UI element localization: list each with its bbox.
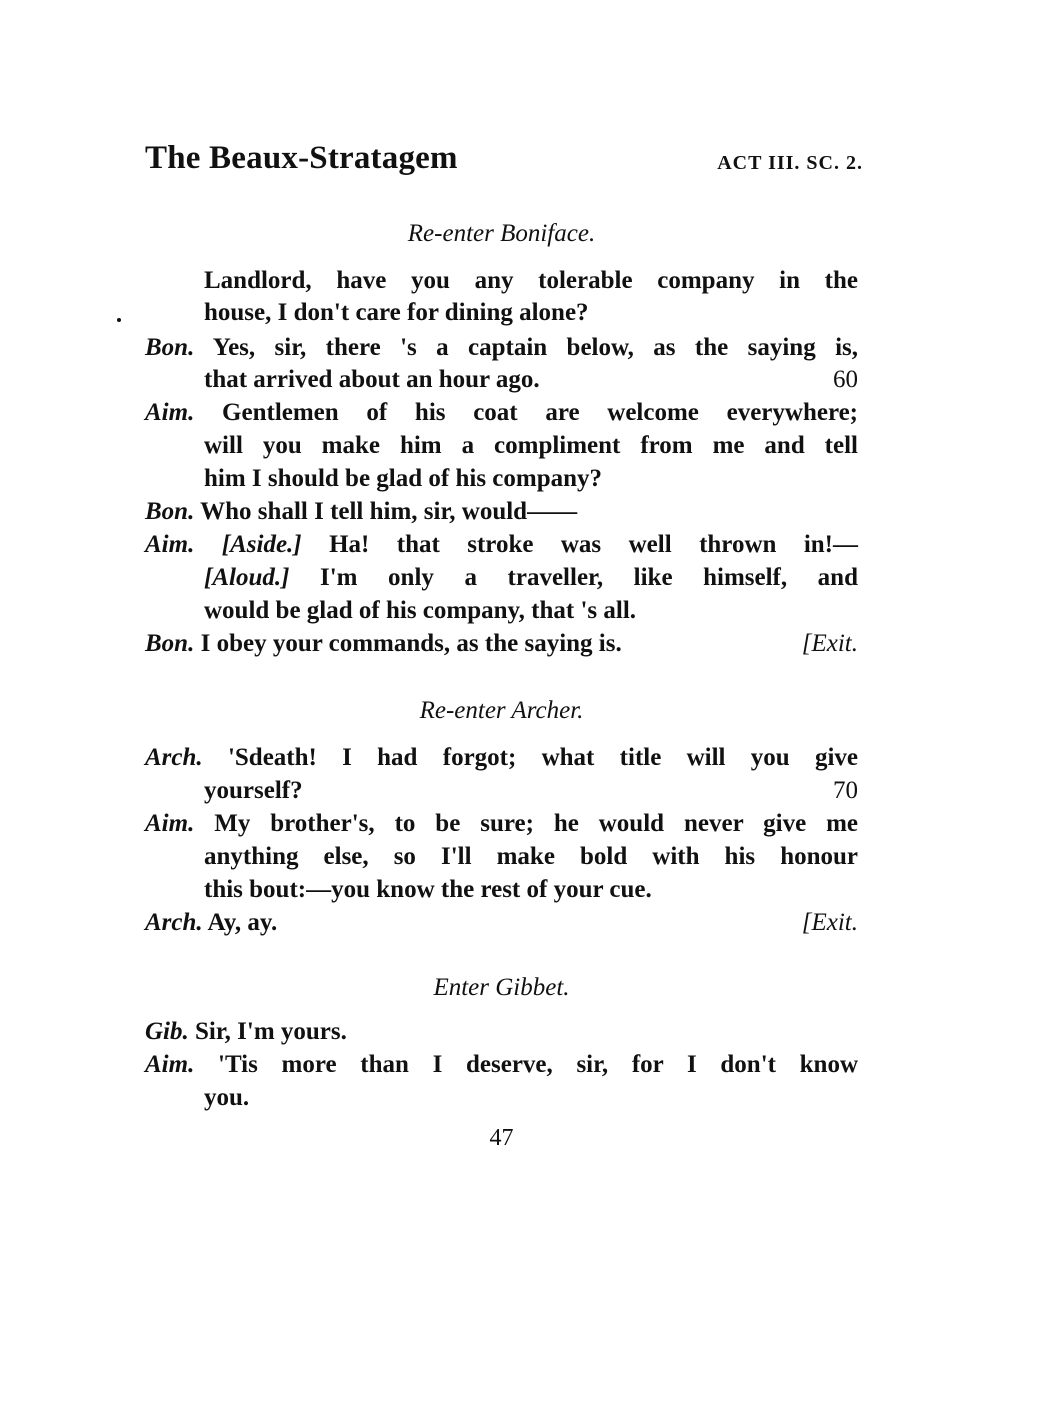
stage-direction-enter-gibbet: Enter Gibbet. (145, 974, 858, 1002)
speech-text: I obey your commands, as the saying is. (201, 630, 622, 657)
line-number: 70 (833, 776, 858, 806)
speech-line: this bout:—you know the rest of your cue… (204, 875, 652, 905)
speaker-label: Aim. (145, 810, 194, 837)
stage-direction-reenter-archer: Re-enter Archer. (145, 697, 858, 725)
speech-text: Gentlemen of his coat are welcome everyw… (222, 399, 858, 426)
speech-text: Who shall I tell him, sir, would—— (200, 498, 577, 525)
speaker-label: Gib. (145, 1018, 189, 1045)
speech-text: My brother's, to be sure; he would never… (214, 810, 858, 837)
speech-line: Gib. Sir, I'm yours. (145, 1017, 347, 1047)
speech-text: 'Sdeath! I had forgot; what title will y… (228, 744, 858, 771)
page-number: 47 (145, 1125, 858, 1152)
speech-line: [Aloud.] I'm only a traveller, like hims… (204, 563, 858, 593)
speech-line: Landlord, have you any tolerable company… (204, 266, 858, 296)
speaker-label: Arch. (145, 909, 203, 936)
speaker-label: Aim. (145, 1051, 194, 1078)
speech-line: him I should be glad of his company? (204, 464, 602, 494)
speech-line: yourself? (204, 776, 303, 806)
speech-line: that arrived about an hour ago. (204, 365, 540, 395)
act-scene-label: ACT III. SC. 2. (717, 152, 863, 175)
speech-text: Ay, ay. (208, 909, 278, 936)
stage-direction-exit: [Exit. (802, 908, 858, 938)
speech-text: I'm only a traveller, like himself, and (320, 564, 858, 591)
speech-line: would be glad of his company, that 's al… (204, 596, 636, 626)
speech-line: will you make him a compliment from me a… (204, 431, 858, 461)
speech-line: house, I don't care for dining alone? (204, 298, 589, 328)
speech-line: Aim. [Aside.] Ha! that stroke was well t… (145, 530, 858, 560)
stage-direction-exit: [Exit. (802, 629, 858, 659)
speech-line: Arch. 'Sdeath! I had forgot; what title … (145, 743, 858, 773)
speech-line: you. (204, 1083, 249, 1113)
running-title: The Beaux-Stratagem (145, 140, 458, 177)
speech-line: Bon. Who shall I tell him, sir, would—— (145, 497, 577, 527)
speech-text: Yes, sir, there 's a captain below, as t… (213, 334, 858, 361)
speaker-label: Aim. (145, 399, 194, 426)
speaker-label: Arch. (145, 744, 203, 771)
speaker-label: Bon. (145, 630, 194, 657)
speaker-label: Aim. (145, 531, 194, 558)
speech-line: Aim. Gentlemen of his coat are welcome e… (145, 398, 858, 428)
speech-line: Aim. 'Tis more than I deserve, sir, for … (145, 1050, 858, 1080)
speech-line: Arch. Ay, ay. (145, 908, 277, 938)
speech-text: 'Tis more than I deserve, sir, for I don… (218, 1051, 858, 1078)
speaker-label: Bon. (145, 334, 194, 361)
speech-line: Bon. Yes, sir, there 's a captain below,… (145, 333, 858, 363)
stage-direction-aloud: [Aloud.] (204, 564, 289, 591)
speech-text: Ha! that stroke was well thrown in!— (329, 531, 858, 558)
book-page: The Beaux-Stratagem ACT III. SC. 2. Re-e… (0, 0, 1055, 1408)
stage-direction-reenter-boniface: Re-enter Boniface. (145, 220, 858, 248)
line-number: 60 (833, 365, 858, 395)
speaker-label: Bon. (145, 498, 194, 525)
speech-line: Bon. I obey your commands, as the saying… (145, 629, 622, 659)
speech-text: Sir, I'm yours. (195, 1018, 347, 1045)
speech-line: Aim. My brother's, to be sure; he would … (145, 809, 858, 839)
speech-line: anything else, so I'll make bold with hi… (204, 842, 858, 872)
margin-mark (117, 318, 121, 322)
stage-direction-aside: [Aside.] (222, 531, 302, 558)
